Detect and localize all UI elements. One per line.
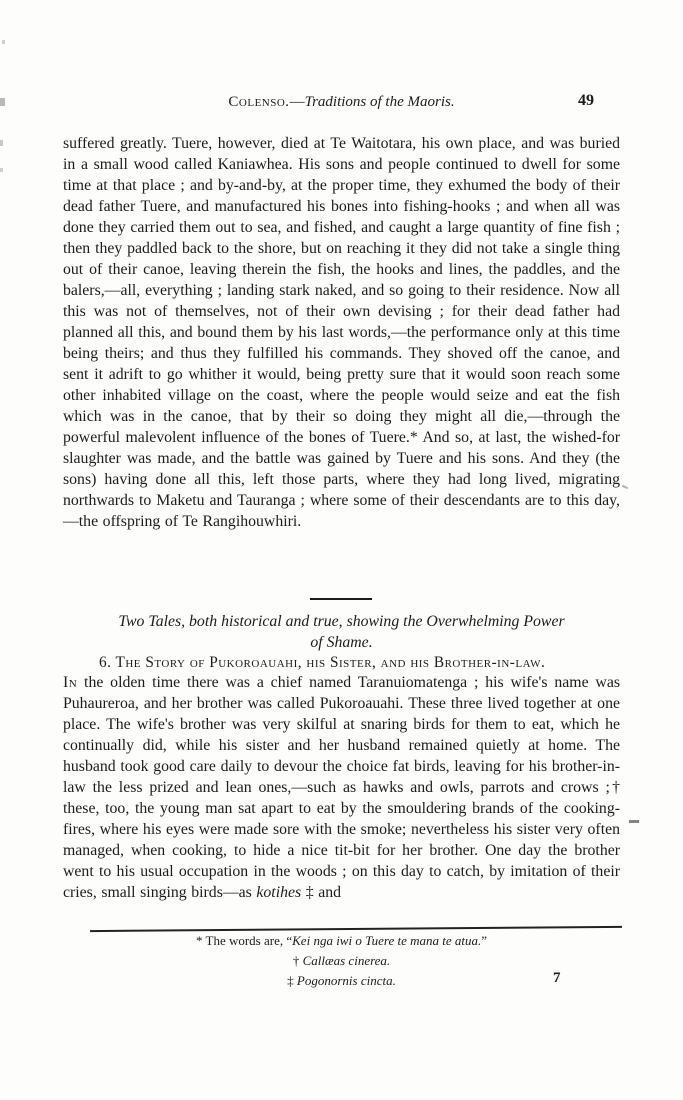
page-number: 49 [578, 92, 594, 110]
running-header-title: Colenso.—Traditions of the Maoris. [63, 94, 620, 111]
header-separator: — [290, 94, 305, 110]
scan-artifact [0, 168, 3, 172]
scanned-page: Colenso.—Traditions of the Maoris. 49 su… [0, 0, 683, 1100]
scan-artifact [622, 485, 628, 489]
footnote-dagger-species: Callæas cinerea. [303, 953, 391, 968]
scan-artifact [0, 140, 3, 146]
scan-artifact [629, 820, 639, 823]
footnote-dagger-marker: † [293, 953, 303, 968]
paragraph-tuere-story: suffered greatly. Tuere, however, died a… [63, 133, 620, 532]
paragraph-pukoroauahi-story: In the olden time there was a chief name… [63, 672, 620, 903]
paragraph-tail-text: ‡ and [301, 884, 341, 901]
footnote-dagger: † Callæas cinerea. [63, 951, 620, 971]
section-divider-rule [310, 598, 372, 600]
header-article-title: Traditions of the Maoris. [305, 94, 455, 110]
paragraph-lead-word: In [63, 674, 77, 691]
scan-artifact [0, 98, 5, 106]
scan-artifact [2, 40, 5, 44]
two-tales-heading: Two Tales, both historical and true, sho… [63, 611, 620, 653]
footnote-double-dagger-species: Pogonornis cincta. [297, 973, 396, 988]
running-header: Colenso.—Traditions of the Maoris. 49 [63, 94, 620, 116]
two-tales-heading-line1: Two Tales, both historical and true, sho… [63, 611, 620, 632]
footnote-asterisk: * The words are, “Kei nga iwi o Tuere te… [63, 931, 620, 951]
paragraph-body-text: the olden time there was a chief named T… [63, 674, 620, 901]
footnote-asterisk-quote: Kei nga iwi o Tuere te mana te atua. [292, 933, 481, 948]
header-author: Colenso. [228, 94, 289, 110]
story-heading: 6. The Story of Pukoroauahi, his Sister,… [63, 652, 620, 673]
footnote-double-dagger: ‡ Pogonornis cincta. [63, 971, 620, 991]
footnote-asterisk-suffix: ” [481, 933, 487, 948]
footnotes: * The words are, “Kei nga iwi o Tuere te… [63, 931, 620, 991]
footnote-asterisk-prefix: * The words are, “ [196, 933, 292, 948]
two-tales-heading-line2: of Shame. [63, 632, 620, 653]
signature-number: 7 [553, 970, 561, 987]
bird-name-italic: kotihes [256, 884, 301, 901]
footnote-double-dagger-marker: ‡ [287, 973, 297, 988]
story-heading-text: 6. The Story of Pukoroauahi, his Sister,… [99, 654, 545, 671]
